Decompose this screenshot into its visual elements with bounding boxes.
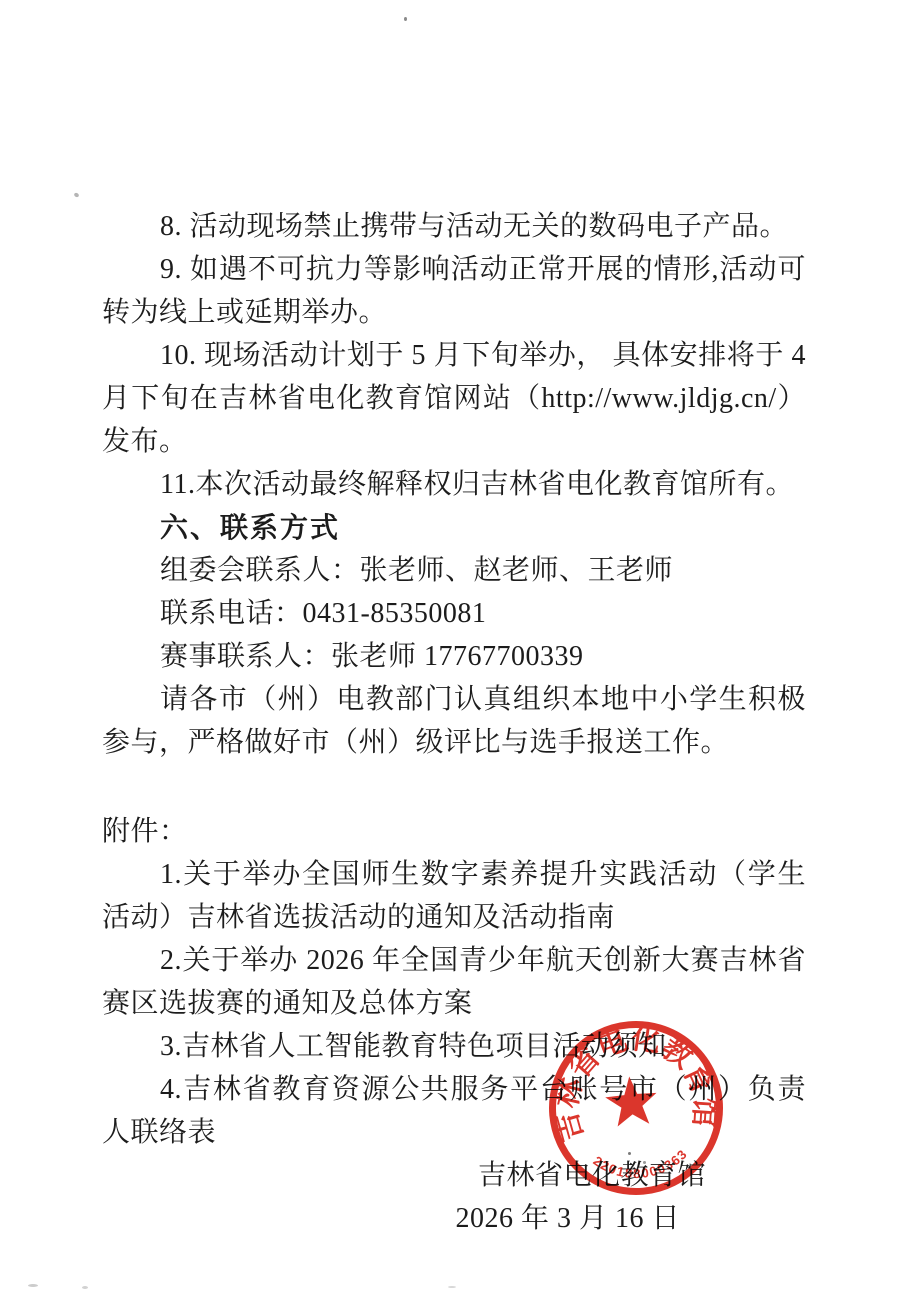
contact-phone-line: 联系电话：0431-85350081: [102, 592, 806, 635]
scan-smudge: [448, 1286, 456, 1288]
body-paragraph-8: 8. 活动现场禁止携带与活动无关的数码电子产品。: [102, 205, 806, 248]
svg-text:吉林省电化教育馆: 吉林省电化教育馆: [543, 1015, 725, 1146]
seal-star-icon: [604, 1074, 659, 1127]
scan-speck: [628, 1152, 631, 1155]
contact-event-line: 赛事联系人：张老师 17767700339: [102, 635, 806, 678]
contact-committee-line: 组委会联系人：张老师、赵老师、王老师: [102, 549, 806, 592]
body-paragraph-9: 9. 如遇不可抗力等影响活动正常开展的情形,活动可转为线上或延期举办。: [102, 248, 806, 334]
official-seal-stamp: 吉林省电化教育馆 220188000363: [541, 1013, 731, 1203]
closing-paragraph: 请各市（州）电教部门认真组织本地中小学生积极参与，严格做好市（州）级评比与选手报…: [102, 678, 806, 764]
body-paragraph-11: 11.本次活动最终解释权归吉林省电化教育馆所有。: [102, 463, 806, 506]
attachment-item-1: 1.关于举办全国师生数字素养提升实践活动（学生活动）吉林省选拔活动的通知及活动指…: [102, 853, 806, 939]
scan-speck: [73, 192, 79, 198]
document-page: 8. 活动现场禁止携带与活动无关的数码电子产品。 9. 如遇不可抗力等影响活动正…: [0, 0, 900, 1291]
body-paragraph-10: 10. 现场活动计划于 5 月下旬举办， 具体安排将于 4 月下旬在吉林省电化教…: [102, 334, 806, 463]
seal-ring-text: 吉林省电化教育馆: [543, 1015, 725, 1146]
contact-section-heading: 六、联系方式: [102, 506, 806, 549]
scan-speck: [404, 17, 407, 21]
scan-smudge: [28, 1284, 38, 1287]
scan-smudge: [82, 1286, 88, 1289]
attachments-label: 附件：: [102, 810, 806, 853]
signature-date: 2026 年 3 月 16 日: [102, 1197, 806, 1240]
scan-speck: [643, 1161, 646, 1164]
